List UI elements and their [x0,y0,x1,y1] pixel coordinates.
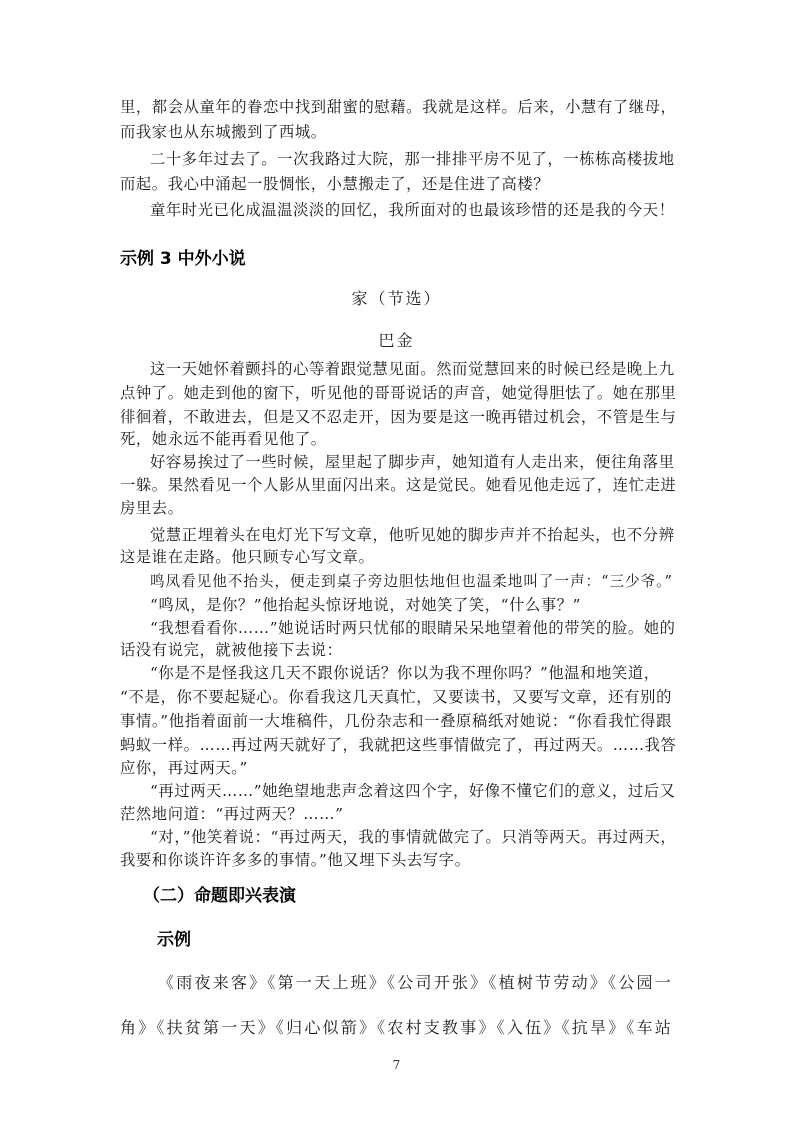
paragraph-line: 里，都会从童年的眷恋中找到甜蜜的慰藉。我就是这样。后来，小慧有了继母， [120,96,672,118]
paragraph-line: 童年时光已化成温温淡淡的回忆，我所面对的也最该珍惜的还是我的今天！ [150,199,672,221]
paragraph-line: 鸣凤看见他不抬头，便走到桌子旁边胆怯地但也温柔地叫了一声：“三少爷。” [150,571,672,593]
paragraph-line: 死，她永远不能再看见他了。 [120,428,672,450]
page-number: 7 [0,1058,793,1072]
paragraph-line: 房里去。 [120,497,672,519]
part-heading: （二）命题即兴表演 [143,884,296,908]
paragraph-line: 徘徊着，不敢进去，但是又不忍走开，因为要是这一晚再错过机会，不管是生与 [120,406,672,428]
paragraph-line: 话没有说完，就被他接下去说： [120,639,672,661]
work-title: 家（节选） [0,287,793,311]
author-name: 巴金 [0,329,793,353]
paragraph-line: “不是，你不要起疑心。你看我这几天真忙，又要读书，又要写文章，还有别的 [120,686,672,708]
topic-list-line: 角》《扶贫第一天》《归心似箭》《农村支教事》《入伍》《抗旱》《车站 [120,1016,672,1040]
paragraph-line: 蚂蚁一样。……再过两天就好了，我就把这些事情做完了，再过两天。……我答 [120,734,672,756]
paragraph-line: 二十多年过去了。一次我路过大院，那一排排平房不见了，一栋栋高楼拔地 [150,148,672,170]
paragraph-line: 点钟了。她走到他的窗下，听见他的哥哥说话的声音，她觉得胆怯了。她在那里 [120,382,672,404]
paragraph-line: “你是不是怪我这几天不跟你说话？你以为我不理你吗？”他温和地笑道， [150,662,672,684]
example-subheading: 示例 [157,928,191,952]
paragraph-line: 应你，再过两天。” [120,757,672,779]
paragraph-line: 而我家也从东城搬到了西城。 [120,121,672,143]
paragraph-line: 这一天她怀着颤抖的心等着跟觉慧见面。然而觉慧回来的时候已经是晚上九 [150,358,672,380]
paragraph-line: 我要和你谈许许多多的事情。”他又埋下头去写字。 [120,849,672,871]
paragraph-line: 这是谁在走路。他只顾专心写文章。 [120,546,672,568]
paragraph-line: 茫然地问道：“再过两天？……” [120,803,672,825]
paragraph-line: 事情。”他指着面前一大堆稿件，几份杂志和一叠原稿纸对她说：“你看我忙得跟 [120,710,672,732]
paragraph-line: “我想看看你……”她说话时两只忧郁的眼睛呆呆地望着他的带笑的脸。她的 [150,617,672,639]
document-page: 里，都会从童年的眷恋中找到甜蜜的慰藉。我就是这样。后来，小慧有了继母， 而我家也… [0,0,793,1122]
paragraph-line: 一躲。果然看见一个人影从里面闪出来。这是觉民。她看见他走远了，连忙走进 [120,474,672,496]
topic-list-line: 《雨夜来客》《第一天上班》《公司开张》《植树节劳动》《公园一 [158,971,672,995]
paragraph-line: “再过两天……”她绝望地悲声念着这四个字，好像不懂它们的意义，过后又 [150,780,672,802]
paragraph-line: “对，”他笑着说：“再过两天，我的事情就做完了。只消等两天。再过两天， [150,826,672,848]
paragraph-line: 而起。我心中涌起一股惆怅，小慧搬走了，还是住进了高楼？ [120,173,672,195]
paragraph-line: “鸣凤，是你？”他抬起头惊讶地说，对她笑了笑，“什么事？” [150,594,672,616]
section-heading: 示例 3 中外小说 [120,247,246,271]
paragraph-line: 好容易挨过了一些时候，屋里起了脚步声，她知道有人走出来，便往角落里 [150,451,672,473]
paragraph-line: 觉慧正埋着头在电灯光下写文章，他听见她的脚步声并不抬起头，也不分辨 [150,524,672,546]
